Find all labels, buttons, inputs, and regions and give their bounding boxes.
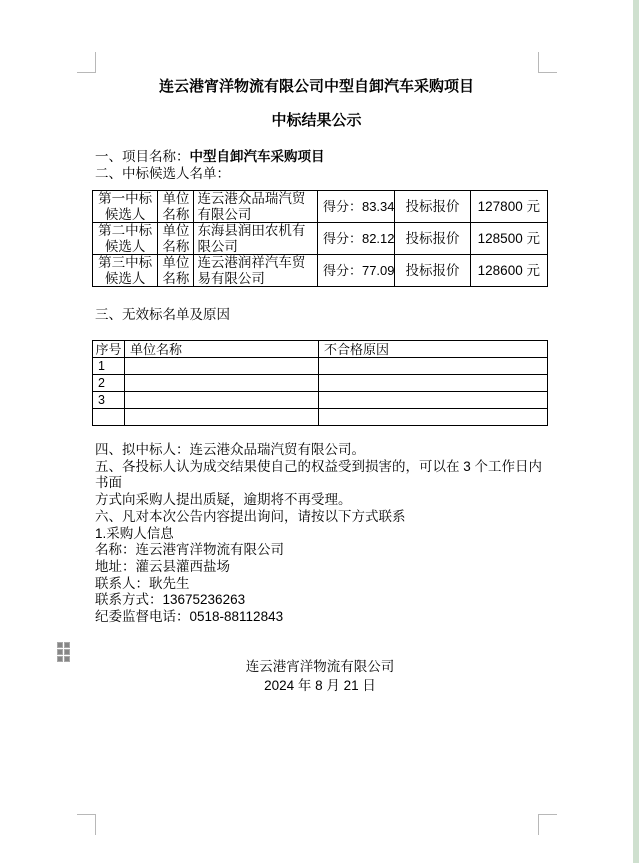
- document-subtitle: 中标结果公示: [0, 112, 633, 130]
- candidates-table: 第一中标候选人 单位名称 连云港众品瑞汽贸有限公司 得分：83.34 投标报价 …: [92, 190, 548, 287]
- unit-name: 东海县润田农机有限公司: [194, 223, 318, 255]
- object-drag-handle-icon[interactable]: [58, 643, 69, 661]
- section-6-contact-heading: 六、凡对本次公告内容提出询问，请按以下方式联系: [95, 509, 550, 526]
- row-no: 1: [93, 358, 125, 375]
- header-unit: 单位名称: [125, 341, 319, 358]
- signature-block: 连云港宵洋物流有限公司 2024 年 8 月 21 日: [92, 657, 548, 695]
- candidate-score: 得分：77.09: [317, 255, 394, 287]
- invalid-bids-table: 序号 单位名称 不合格原因 1 2 3: [92, 340, 548, 426]
- margin-mark-top-right: [538, 52, 557, 73]
- bid-label: 投标报价: [395, 191, 470, 223]
- row-reason: [319, 392, 548, 409]
- table-row: 1: [93, 358, 548, 375]
- purchaser-address: 地址：灌云县灌西盐场: [95, 559, 550, 576]
- document-title: 连云港宵洋物流有限公司中型自卸汽车采购项目: [0, 78, 633, 96]
- discipline-phone: 纪委监督电话：0518-88112843: [95, 609, 550, 626]
- section-5-line-2: 方式向采购人提出质疑，逾期将不再受理。: [95, 492, 550, 509]
- row-reason: [319, 409, 548, 426]
- candidate-rank: 第二中标候选人: [93, 223, 158, 255]
- bid-price: 128600 元: [470, 255, 547, 287]
- margin-mark-bottom-left: [77, 814, 96, 835]
- handle-dot: [65, 657, 69, 661]
- handle-dot: [58, 643, 62, 647]
- unit-name: 连云港润祥汽车贸易有限公司: [194, 255, 318, 287]
- row-no: 2: [93, 375, 125, 392]
- candidate-score: 得分：82.12: [317, 223, 394, 255]
- row-unit: [125, 409, 319, 426]
- row-unit: [125, 358, 319, 375]
- section-3-heading: 三、无效标名单及原因: [95, 307, 550, 324]
- section-1-project-name: 一、项目名称：中型自卸汽车采购项目: [95, 149, 550, 166]
- bid-price: 128500 元: [470, 223, 547, 255]
- handle-dot: [65, 643, 69, 647]
- margin-mark-top-left: [77, 52, 96, 73]
- table-row: 3: [93, 392, 548, 409]
- table-row: 2: [93, 375, 548, 392]
- candidate-rank: 第一中标候选人: [93, 191, 158, 223]
- row-reason: [319, 358, 548, 375]
- body-text-section: 四、拟中标人：连云港众品瑞汽贸有限公司。 五、各投标人认为成交结果使自己的权益受…: [95, 442, 550, 626]
- window-edge-strip: [633, 0, 639, 863]
- header-no: 序号: [93, 341, 125, 358]
- section-1-label: 一、项目名称：: [95, 149, 190, 164]
- row-unit: [125, 375, 319, 392]
- purchaser-name: 名称：连云港宵洋物流有限公司: [95, 542, 550, 559]
- unit-label: 单位名称: [158, 191, 194, 223]
- section-1-value: 中型自卸汽车采购项目: [190, 149, 325, 164]
- table-row: 第二中标候选人 单位名称 东海县润田农机有限公司 得分：82.12 投标报价 1…: [93, 223, 548, 255]
- document-page: 连云港宵洋物流有限公司中型自卸汽车采购项目 中标结果公示 一、项目名称：中型自卸…: [0, 0, 639, 863]
- handle-dot: [58, 650, 62, 654]
- margin-mark-bottom-right: [538, 814, 557, 835]
- table-row: 第一中标候选人 单位名称 连云港众品瑞汽贸有限公司 得分：83.34 投标报价 …: [93, 191, 548, 223]
- row-no: 3: [93, 392, 125, 409]
- header-reason: 不合格原因: [319, 341, 548, 358]
- table-header-row: 序号 单位名称 不合格原因: [93, 341, 548, 358]
- handle-dot: [58, 657, 62, 661]
- section-4-winner: 四、拟中标人：连云港众品瑞汽贸有限公司。: [95, 442, 550, 459]
- footer-company: 连云港宵洋物流有限公司: [92, 657, 548, 676]
- row-unit: [125, 392, 319, 409]
- row-no: [93, 409, 125, 426]
- intro-section: 一、项目名称：中型自卸汽车采购项目 二、中标候选人名单：: [95, 149, 550, 182]
- bid-price: 127800 元: [470, 191, 547, 223]
- unit-name: 连云港众品瑞汽贸有限公司: [194, 191, 318, 223]
- handle-dot: [65, 650, 69, 654]
- contact-person: 联系人：耿先生: [95, 576, 550, 593]
- row-reason: [319, 375, 548, 392]
- contact-phone: 联系方式：13675236263: [95, 592, 550, 609]
- footer-date: 2024 年 8 月 21 日: [92, 676, 548, 695]
- bid-label: 投标报价: [395, 223, 470, 255]
- section-5-line-1: 五、各投标人认为成交结果使自己的权益受到损害的，可以在 3 个工作日内书面: [95, 459, 550, 492]
- candidate-score: 得分：83.34: [317, 191, 394, 223]
- unit-label: 单位名称: [158, 223, 194, 255]
- table-row: 第三中标候选人 单位名称 连云港润祥汽车贸易有限公司 得分：77.09 投标报价…: [93, 255, 548, 287]
- bid-label: 投标报价: [395, 255, 470, 287]
- table-row: [93, 409, 548, 426]
- section-2-heading: 二、中标候选人名单：: [95, 166, 550, 183]
- candidate-rank: 第三中标候选人: [93, 255, 158, 287]
- purchaser-info-heading: 1.采购人信息: [95, 526, 550, 543]
- unit-label: 单位名称: [158, 255, 194, 287]
